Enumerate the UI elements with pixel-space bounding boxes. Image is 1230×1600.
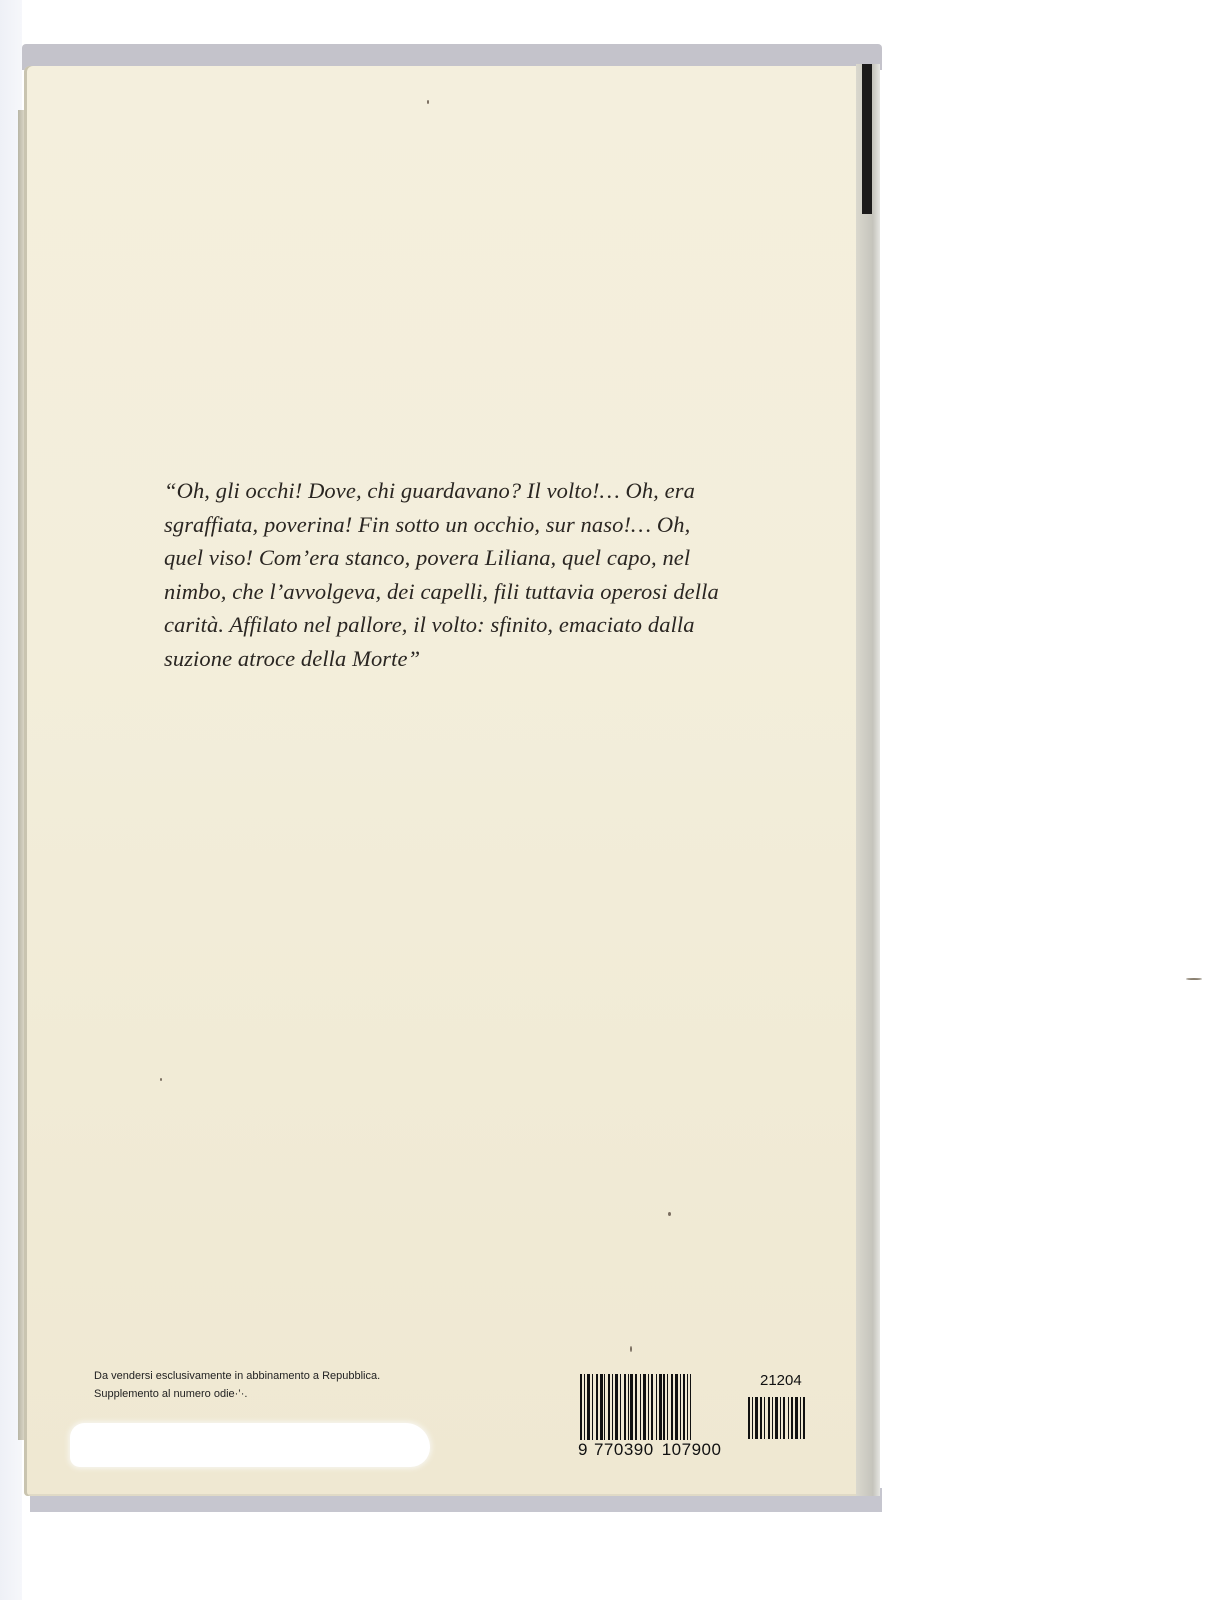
barcode-main-bars — [580, 1374, 730, 1440]
quote-line: quel viso! Com’era stanco, povera Lilian… — [164, 541, 754, 575]
barcode-group1: 770390 — [594, 1440, 654, 1459]
dust-speck — [427, 100, 429, 104]
barcode-number: 9770390107900 — [578, 1440, 721, 1460]
book-back-cover — [24, 66, 860, 1496]
back-cover-quote: “Oh, gli occhi! Dove, chi guardavano? Il… — [164, 474, 754, 675]
spine-black-band — [862, 64, 872, 214]
dust-speck — [630, 1346, 632, 1352]
sales-notice-line2: Supplemento al numero odie·’·. — [94, 1385, 380, 1403]
barcode-lead-digit: 9 — [578, 1440, 588, 1459]
dust-speck — [160, 1078, 162, 1081]
quote-line: carità. Affilato nel pallore, il volto: … — [164, 608, 754, 642]
dust-speck — [668, 1212, 671, 1216]
redacted-area — [70, 1423, 430, 1467]
sales-notice-line1: Da vendersi esclusivamente in abbinament… — [94, 1367, 380, 1385]
barcode-addon-number: 21204 — [760, 1372, 802, 1389]
quote-line: suzione atroce della Morte” — [164, 642, 754, 676]
barcode-addon-bars — [748, 1397, 824, 1439]
quote-line: nimbo, che l’avvolgeva, dei capelli, fil… — [164, 575, 754, 609]
sales-notice: Da vendersi esclusivamente in abbinament… — [94, 1367, 380, 1403]
quote-line: “Oh, gli occhi! Dove, chi guardavano? Il… — [164, 474, 754, 508]
barcode-group2: 107900 — [662, 1440, 722, 1459]
book-spine — [856, 64, 880, 1496]
quote-line: sgraffiata, poverina! Fin sotto un occhi… — [164, 508, 754, 542]
dust-speck — [1186, 978, 1202, 980]
